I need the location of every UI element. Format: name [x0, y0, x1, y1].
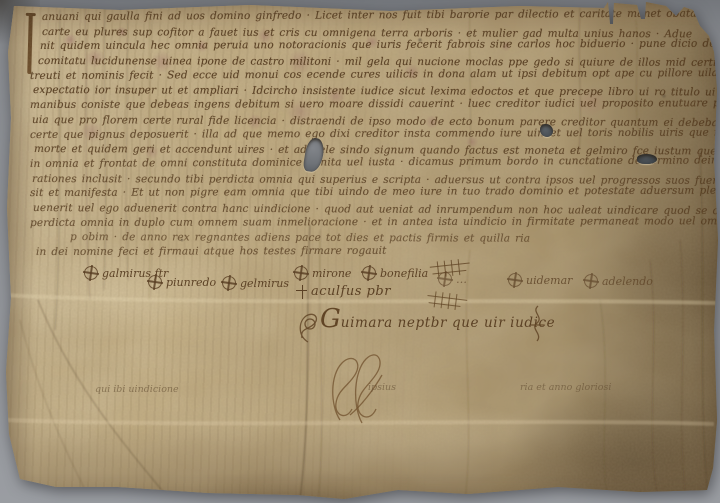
- parchment: anuani qui gaulla fini ad uos domino gin…: [0, 0, 720, 503]
- photograph: anuani qui gaulla fini ad uos domino gin…: [0, 0, 720, 503]
- edge-shadow: [0, 0, 720, 503]
